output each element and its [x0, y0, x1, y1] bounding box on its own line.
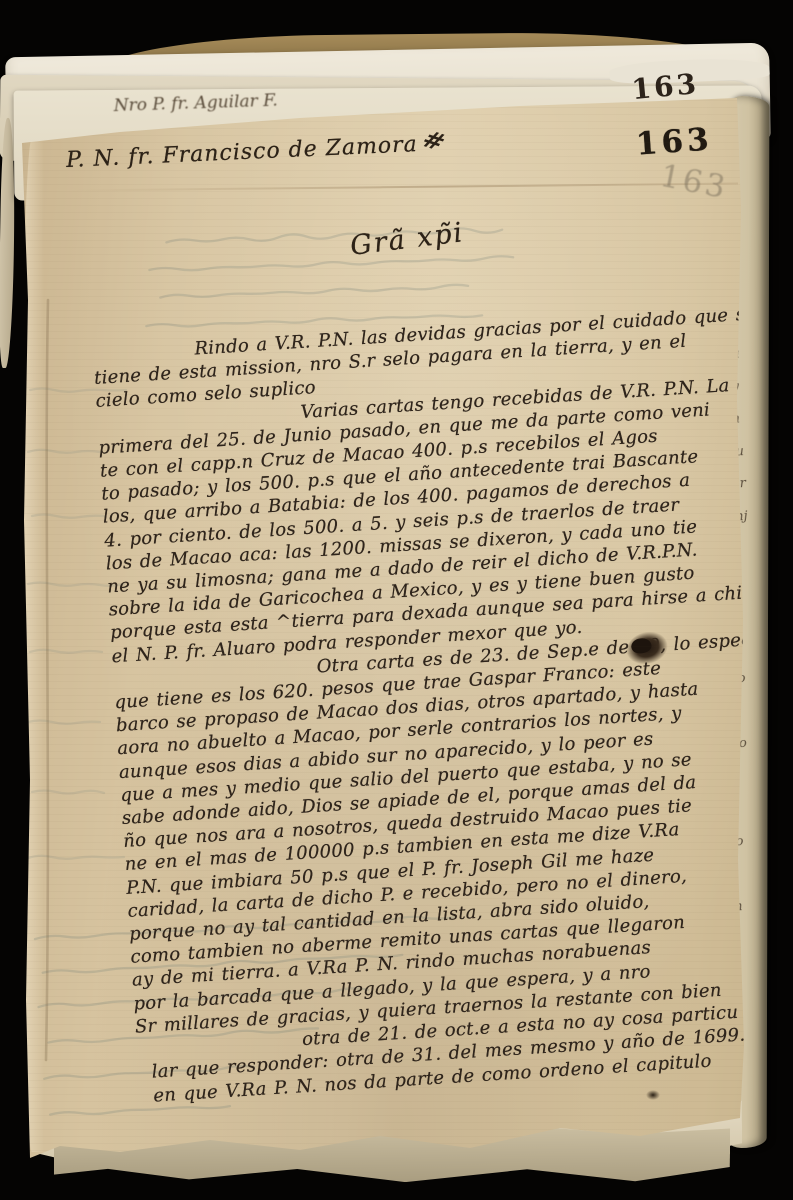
folio-number-ink: 163	[635, 121, 714, 162]
fold-crease	[70, 183, 738, 192]
back-sheet-title-fragment: Nro P. fr. Aguilar F.	[113, 91, 278, 116]
manuscript-photo: Nro P. fr. Aguilar F. 163 a y n iu br mj…	[0, 0, 793, 1200]
hash-mark: #	[417, 125, 451, 157]
folio-number-pencil: 163	[657, 158, 731, 206]
page-header-name: P. N. fr. Francisco de Zamora	[66, 132, 419, 173]
ink-blot	[646, 1090, 660, 1100]
manuscript-page: P. N. fr. Francisco de Zamora # 163 163 …	[0, 0, 793, 1200]
letter-body: Rindo a V.R. P.N. las devidas gracias po…	[92, 303, 787, 1108]
page-curl-highlight	[20, 138, 44, 1152]
invocation: Grã xp̃i	[349, 217, 466, 262]
